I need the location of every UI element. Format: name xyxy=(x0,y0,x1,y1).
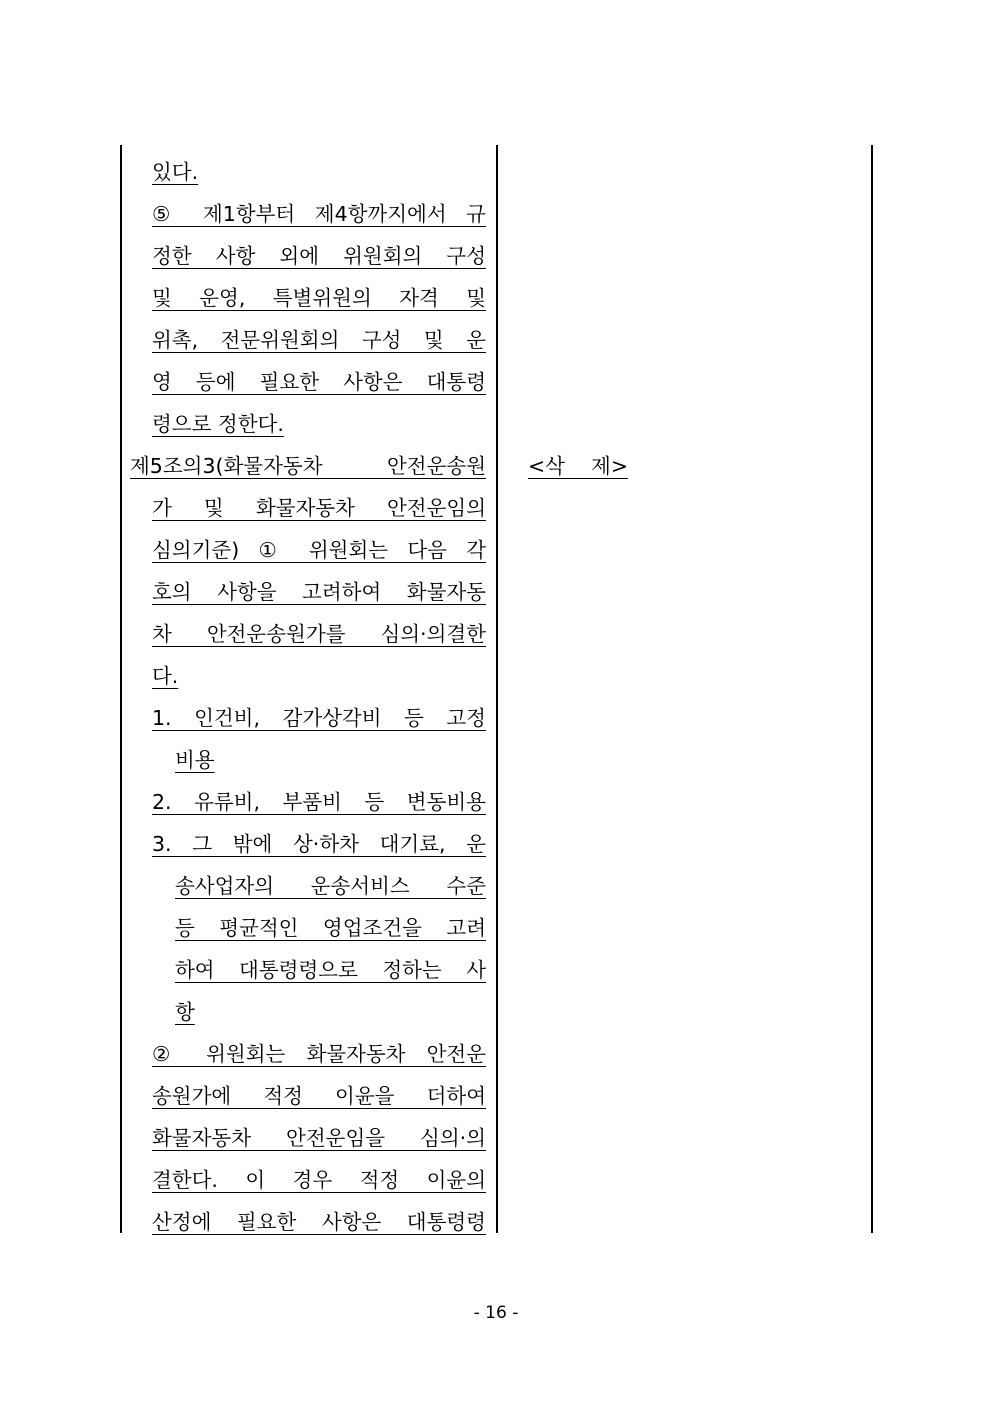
text-line-content: 결한다. 이 경우 적정 이윤의 xyxy=(152,1159,486,1201)
text-line-content: 3. 그 밖에 상·하차 대기료, 운 xyxy=(152,823,486,865)
text-line: 2. 유류비, 부품비 등 변동비용 xyxy=(152,781,486,823)
text-line: 등 평균적인 영업조건을 고려 xyxy=(175,907,486,949)
text-line: 차 안전운송원가를 심의·의결한 xyxy=(152,613,486,655)
text-line: 산정에 필요한 사항은 대통령령 xyxy=(152,1201,486,1243)
text-line-content: 있다. xyxy=(152,160,198,184)
text-line: 가 및 화물자동차 안전운임의 xyxy=(152,487,486,529)
text-line-content: ② 위원회는 화물자동차 안전운 xyxy=(152,1033,486,1075)
text-line: 송사업자의 운송서비스 수준 xyxy=(175,865,486,907)
text-line-content: 산정에 필요한 사항은 대통령령 xyxy=(152,1201,486,1243)
text-line-content: 항 xyxy=(175,1000,195,1024)
text-line: 심의기준) ① 위원회는 다음 각 xyxy=(152,529,486,571)
text-line: 항 xyxy=(175,991,195,1033)
deleted-marker-text: <삭 제> xyxy=(528,454,628,478)
text-line: 1. 인건비, 감가상각비 등 고정 xyxy=(152,697,486,739)
text-line-content: 및 운영, 특별위원의 자격 및 xyxy=(152,277,486,319)
text-line-content: 차 안전운송원가를 심의·의결한 xyxy=(152,613,486,655)
text-line-content: 호의 사항을 고려하여 화물자동 xyxy=(152,571,486,613)
text-line: 영 등에 필요한 사항은 대통령 xyxy=(152,361,486,403)
text-line: 송원가에 적정 이윤을 더하여 xyxy=(152,1075,486,1117)
text-line: 정한 사항 외에 위원회의 구성 xyxy=(152,235,486,277)
current-law-column: 있다.⑤ 제1항부터 제4항까지에서 규정한 사항 외에 위원회의 구성및 운영… xyxy=(120,145,496,1233)
text-line: 결한다. 이 경우 적정 이윤의 xyxy=(152,1159,486,1201)
text-line: 다. xyxy=(152,655,178,697)
text-line: 제5조의3(화물자동차 안전운송원 xyxy=(130,445,486,487)
text-line: 있다. xyxy=(152,151,198,193)
text-line: 령으로 정한다. xyxy=(152,403,284,445)
text-line: 및 운영, 특별위원의 자격 및 xyxy=(152,277,486,319)
text-line: 하여 대통령령으로 정하는 사 xyxy=(175,949,486,991)
text-line-content: 심의기준) ① 위원회는 다음 각 xyxy=(152,529,486,571)
deleted-marker: <삭 제> xyxy=(528,445,628,487)
text-line: 비용 xyxy=(175,739,215,781)
text-line-content: 정한 사항 외에 위원회의 구성 xyxy=(152,235,486,277)
text-line-content: 화물자동차 안전운임을 심의·의 xyxy=(152,1117,486,1159)
text-line-content: 령으로 정한다. xyxy=(152,412,284,436)
text-line: 화물자동차 안전운임을 심의·의 xyxy=(152,1117,486,1159)
text-line-content: 제5조의3(화물자동차 안전운송원 xyxy=(130,445,486,487)
text-line: ② 위원회는 화물자동차 안전운 xyxy=(152,1033,486,1075)
text-line-content: 등 평균적인 영업조건을 고려 xyxy=(175,907,486,949)
text-line-content: 1. 인건비, 감가상각비 등 고정 xyxy=(152,697,486,739)
amended-law-column: <삭 제> xyxy=(496,145,872,1233)
text-line-content: ⑤ 제1항부터 제4항까지에서 규 xyxy=(152,193,486,235)
text-line-content: 송사업자의 운송서비스 수준 xyxy=(175,865,486,907)
text-line-content: 송원가에 적정 이윤을 더하여 xyxy=(152,1075,486,1117)
text-line: 3. 그 밖에 상·하차 대기료, 운 xyxy=(152,823,486,865)
text-line-content: 위촉, 전문위원회의 구성 및 운 xyxy=(152,319,486,361)
text-line-content: 다. xyxy=(152,664,178,688)
text-line: 위촉, 전문위원회의 구성 및 운 xyxy=(152,319,486,361)
text-line: ⑤ 제1항부터 제4항까지에서 규 xyxy=(152,193,486,235)
comparison-table: 있다.⑤ 제1항부터 제4항까지에서 규정한 사항 외에 위원회의 구성및 운영… xyxy=(120,145,872,1233)
text-line: 호의 사항을 고려하여 화물자동 xyxy=(152,571,486,613)
text-line-content: 영 등에 필요한 사항은 대통령 xyxy=(152,361,486,403)
text-line-content: 2. 유류비, 부품비 등 변동비용 xyxy=(152,781,486,823)
page-number: - 16 - xyxy=(0,1303,992,1323)
text-line-content: 하여 대통령령으로 정하는 사 xyxy=(175,949,486,991)
text-line-content: 비용 xyxy=(175,748,215,772)
text-line-content: 가 및 화물자동차 안전운임의 xyxy=(152,487,486,529)
